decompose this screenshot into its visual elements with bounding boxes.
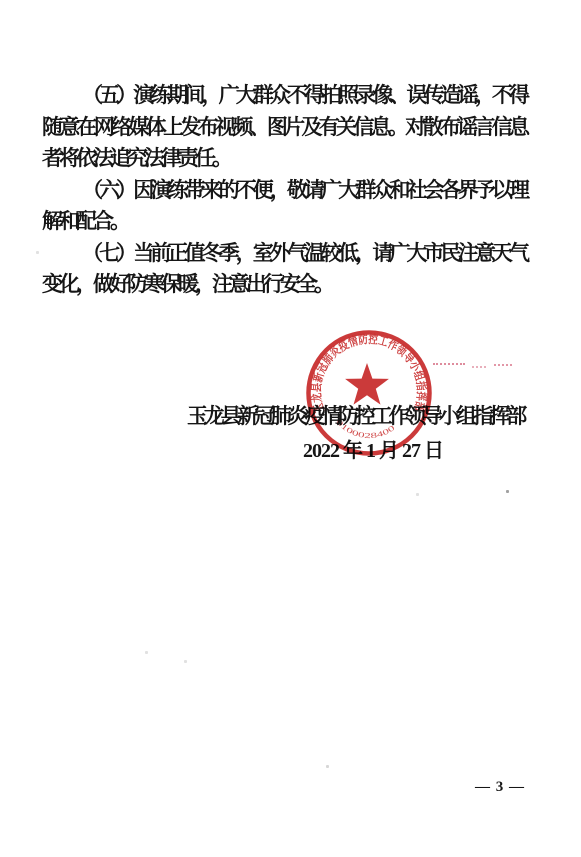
scan-noise-dot bbox=[506, 490, 509, 493]
scan-noise-dot bbox=[184, 660, 187, 663]
document-page: （五）演练期间，广大群众不得拍照录像、误传造谣，不得随意在网络媒体上发布视频、图… bbox=[0, 0, 581, 857]
seal-code-digits: 0100028400 bbox=[334, 417, 396, 440]
body-paragraph: （六）因演练带来的不便，敬请广大群众和社会各界予以理解和配合。 bbox=[42, 175, 526, 238]
document-body: （五）演练期间，广大群众不得拍照录像、误传造谣，不得随意在网络媒体上发布视频、图… bbox=[42, 80, 526, 301]
scan-noise-dot bbox=[36, 251, 39, 254]
seal-star-icon bbox=[345, 363, 389, 405]
body-paragraph: （五）演练期间，广大群众不得拍照录像、误传造谣，不得随意在网络媒体上发布视频、图… bbox=[42, 80, 526, 175]
official-seal-graphic: 玉龙县新冠肺炎疫情防控工作领导小组指挥部 0100028400 bbox=[304, 327, 436, 459]
official-seal: 玉龙县新冠肺炎疫情防控工作领导小组指挥部 0100028400 bbox=[304, 327, 436, 459]
scan-noise-dot bbox=[326, 765, 329, 768]
scan-noise-dot bbox=[145, 651, 148, 654]
red-ink-smudge bbox=[472, 366, 486, 368]
red-ink-smudge bbox=[494, 364, 512, 366]
body-paragraph: （七）当前正值冬季，室外气温较低，请广大市民注意天气变化，做好防寒保暖，注意出行… bbox=[42, 238, 526, 301]
red-ink-smudge bbox=[433, 363, 465, 365]
scan-noise-dot bbox=[416, 493, 419, 496]
page-number: — 3 — bbox=[455, 779, 545, 796]
